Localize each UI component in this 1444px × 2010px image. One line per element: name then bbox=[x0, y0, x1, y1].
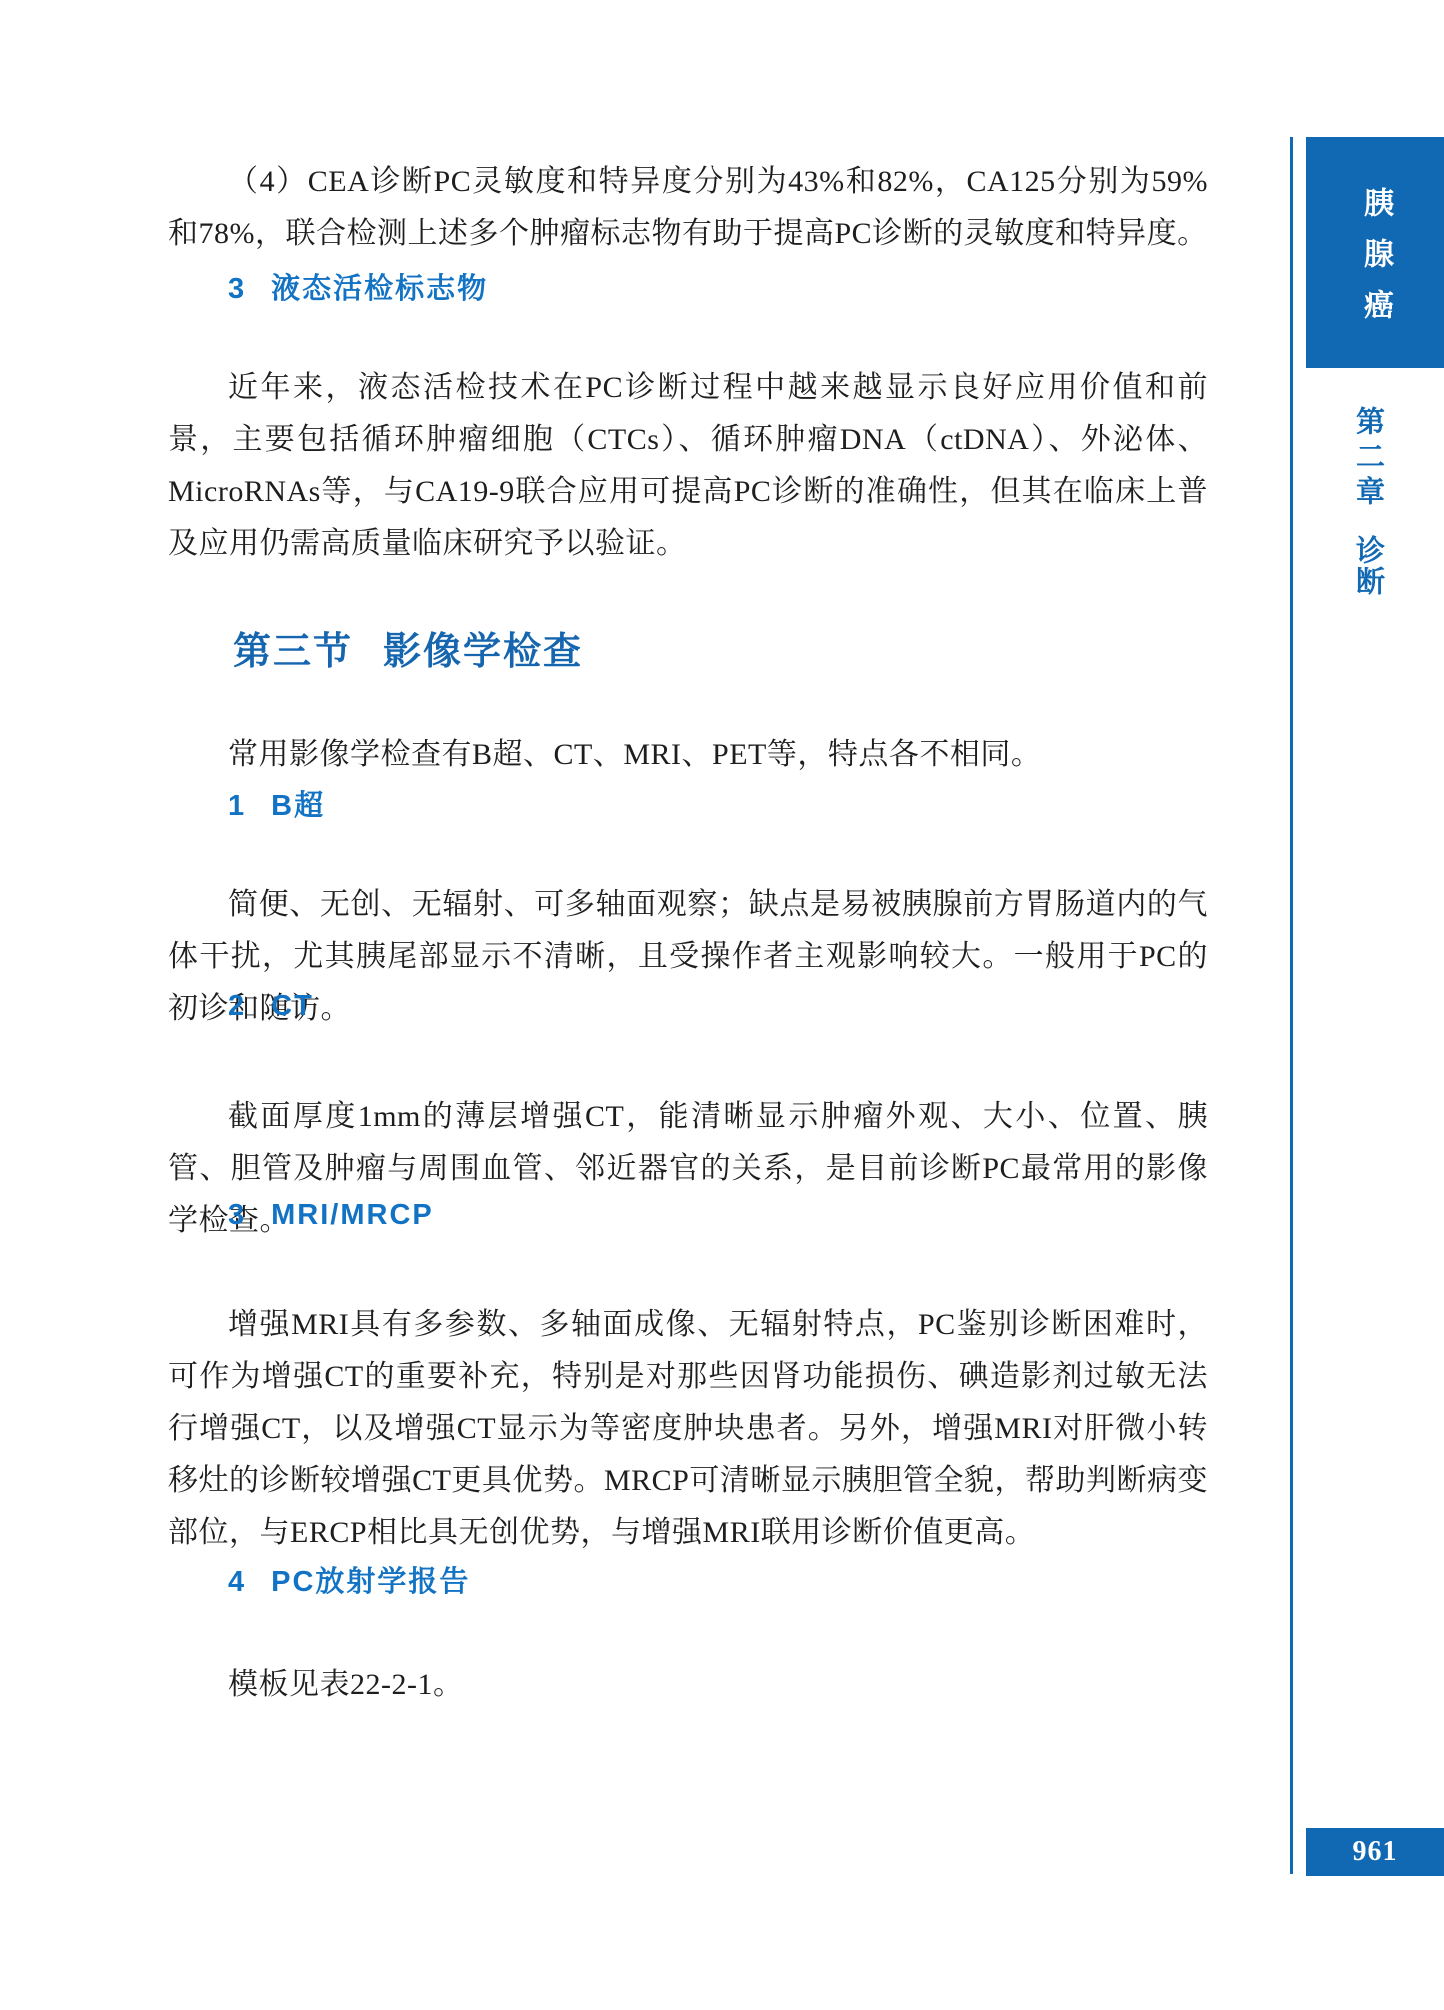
subheading-number: 4 bbox=[228, 1566, 244, 1599]
subheading-ultrasound: 1B超 bbox=[228, 783, 325, 824]
paragraph-report-template: 模板见表22-2-1。 bbox=[168, 1659, 1208, 1711]
paragraph-liquid-biopsy: 近年来，液态活检技术在PC诊断过程中越来越显示良好应用价值和前景，主要包括循环肿… bbox=[168, 362, 1208, 570]
subheading-label: CT bbox=[271, 990, 314, 1023]
paragraph-ultrasound: 简便、无创、无辐射、可多轴面观察；缺点是易被胰腺前方胃肠道内的气体干扰，尤其胰尾… bbox=[168, 879, 1208, 1035]
section-title: 影像学检查 bbox=[383, 631, 583, 673]
subheading-number: 1 bbox=[228, 790, 244, 823]
subheading-number: 3 bbox=[228, 273, 244, 306]
subheading-label: MRI/MRCP bbox=[271, 1199, 434, 1232]
chapter-number: 第二章 bbox=[1352, 406, 1384, 511]
section-number: 第三节 bbox=[233, 631, 353, 673]
paragraph-imaging-intro: 常用影像学检查有B超、CT、MRI、PET等，特点各不相同。 bbox=[168, 729, 1208, 781]
subheading-label: B超 bbox=[271, 783, 325, 824]
subheading-number: 2 bbox=[228, 990, 244, 1023]
page-number: 961 bbox=[1353, 1836, 1398, 1868]
subheading-mri-mrcp: 3MRI/MRCP bbox=[228, 1199, 434, 1232]
subheading-label: 液态活检标志物 bbox=[271, 266, 488, 307]
subheading-number: 3 bbox=[228, 1199, 244, 1232]
subheading-label: PC放射学报告 bbox=[271, 1559, 470, 1600]
subheading-liquid-biopsy: 3液态活检标志物 bbox=[228, 266, 488, 307]
subheading-ct: 2CT bbox=[228, 990, 314, 1023]
chapter-topic: 诊断 bbox=[1352, 535, 1384, 597]
sidebar-divider-line bbox=[1290, 137, 1293, 1874]
page-number-badge: 961 bbox=[1306, 1828, 1444, 1876]
paragraph-tumor-markers: （4）CEA诊断PC灵敏度和特异度分别为43%和82%，CA125分别为59%和… bbox=[168, 156, 1208, 260]
section-heading: 第三节影像学检查 bbox=[233, 620, 583, 675]
chapter-tab: 胰腺癌 bbox=[1306, 137, 1444, 368]
chapter-marker: 第二章诊断 bbox=[1348, 406, 1389, 597]
chapter-tab-label: 胰腺癌 bbox=[1353, 187, 1397, 340]
book-page: （4）CEA诊断PC灵敏度和特异度分别为43%和82%，CA125分别为59%和… bbox=[0, 0, 1444, 2010]
paragraph-mri-mrcp: 增强MRI具有多参数、多轴面成像、无辐射特点，PC鉴别诊断困难时，可作为增强CT… bbox=[168, 1299, 1208, 1559]
subheading-radiology-report: 4PC放射学报告 bbox=[228, 1559, 470, 1600]
